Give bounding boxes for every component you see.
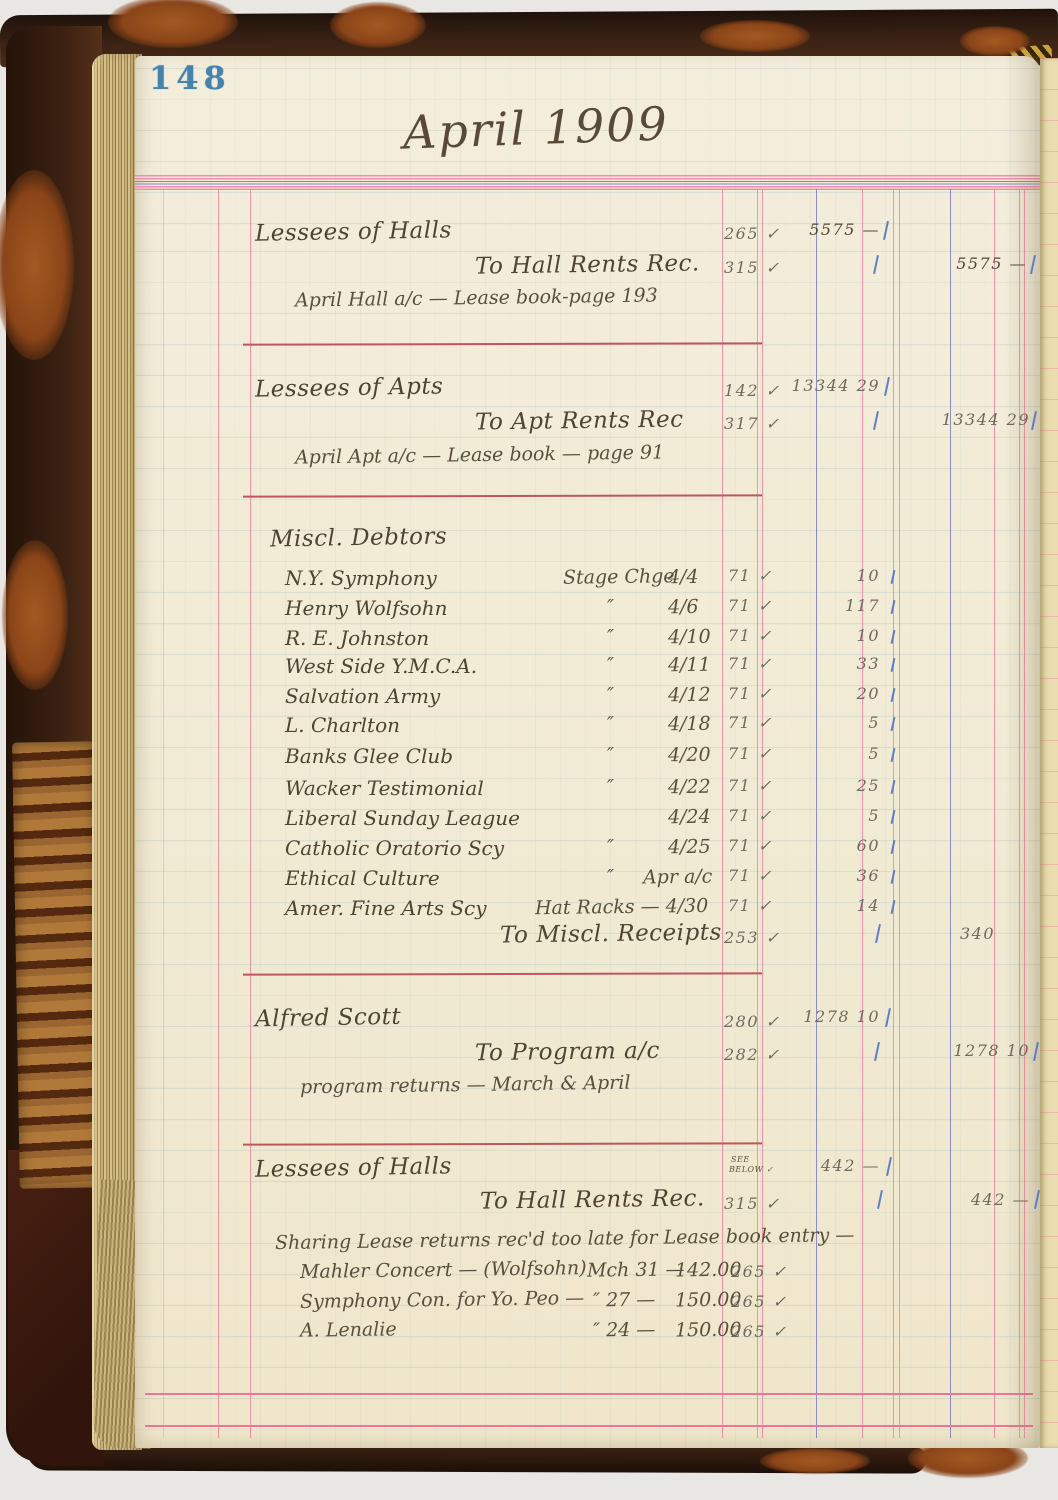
folio-number: 71 ✓ <box>728 898 773 915</box>
entry-debit-account: Lessees of Apts <box>255 374 444 401</box>
leather-fray <box>2 540 68 690</box>
line-detail: ″ <box>607 868 614 888</box>
folio-number: 317 ✓ <box>724 416 781 433</box>
debtor-name: Liberal Sunday League <box>285 808 520 829</box>
debit-amount: 5575 — <box>775 222 880 239</box>
entry-credit-account: To Apt Rents Rec <box>475 408 684 435</box>
line-date: 4/4 <box>668 568 699 588</box>
line-detail: ″ <box>607 656 614 676</box>
entry-credit-account: To Program a/c <box>475 1039 660 1066</box>
bottom-rule <box>145 1425 1033 1427</box>
credit-amount: 442 — <box>930 1192 1030 1209</box>
debtor-name: Ethical Culture <box>285 868 440 889</box>
line-date: 4/18 <box>668 715 711 736</box>
entry-debit-account: Alfred Scott <box>255 1005 401 1032</box>
line-date: 4/11 <box>668 656 711 677</box>
debit-amount: 442 — <box>780 1158 880 1175</box>
folio-number: 71 ✓ <box>728 808 773 825</box>
entry-credit-account: To Hall Rents Rec. <box>480 1186 705 1213</box>
leather-fray <box>700 20 810 52</box>
book-cover-corner <box>8 1150 104 1466</box>
ledger-page: 148 April 1909 Lessees of Halls 265 ✓ 55… <box>135 56 1040 1448</box>
debtor-name: Wacker Testimonial <box>285 778 484 799</box>
subline-name: Symphony Con. for Yo. Peo — <box>300 1289 584 1313</box>
entry-separator <box>243 972 762 975</box>
debtor-name: Banks Glee Club <box>285 746 453 767</box>
line-detail: Stage Chge <box>563 567 675 588</box>
debtor-name: Amer. Fine Arts Scy <box>285 898 487 919</box>
folio-number: 71 ✓ <box>728 746 773 763</box>
ruled-line <box>218 189 219 1438</box>
debtor-name: Henry Wolfsohn <box>285 598 447 619</box>
line-date: 4/20 <box>668 746 711 767</box>
subline-date: ″ 27 — <box>593 1291 656 1312</box>
entry-credit-account: To Hall Rents Rec. <box>475 251 700 278</box>
folio-number: 71 ✓ <box>728 715 773 732</box>
entry-memo: April Hall a/c — Lease book-page 193 <box>295 286 658 311</box>
folio-number: 71 ✓ <box>728 778 773 795</box>
line-amount: 25 <box>795 778 880 795</box>
folio-number: 265 ✓ <box>731 1294 788 1311</box>
debtor-name: L. Charlton <box>285 715 400 736</box>
line-amount: 117 <box>795 598 880 615</box>
line-detail: ″ <box>607 598 614 618</box>
debtor-name: Catholic Oratorio Scy <box>285 838 504 859</box>
posting-tick-icon <box>873 255 879 274</box>
debtor-name: N.Y. Symphony <box>285 568 437 589</box>
posting-tick-icon <box>885 1008 891 1027</box>
page-number-stamp: 148 <box>149 62 231 96</box>
ruled-line <box>163 189 164 1438</box>
posting-tick-icon <box>873 411 879 430</box>
entry-memo: Sharing Lease returns rec'd too late for… <box>275 1226 855 1254</box>
line-date: 4/22 <box>668 778 711 799</box>
posting-tick-icon <box>883 221 889 240</box>
line-date: 4/10 <box>668 628 711 649</box>
credit-amount: 1278 10 <box>925 1043 1030 1060</box>
posting-tick-icon <box>877 1190 883 1209</box>
folio-number: 265 ✓ <box>724 226 781 243</box>
debtor-name: Salvation Army <box>285 686 440 707</box>
entry-separator <box>243 342 762 345</box>
line-date: 4/6 <box>668 598 699 618</box>
line-detail: ″ <box>607 628 614 648</box>
ruled-line <box>722 189 723 1438</box>
subline-name: A. Lenalie <box>300 1320 397 1341</box>
bottom-rule <box>145 1393 1033 1395</box>
line-amount: 10 <box>795 568 880 585</box>
line-amount: 5 <box>795 808 880 825</box>
debit-amount: 1278 10 <box>775 1009 880 1026</box>
leather-fray <box>960 26 1030 56</box>
subline-date: ″ 24 — <box>593 1321 656 1342</box>
line-amount: 10 <box>795 628 880 645</box>
line-date: 4/12 <box>668 686 711 707</box>
see-below-note: SEE <box>731 1156 750 1164</box>
folio-number: 315 ✓ <box>724 1196 781 1213</box>
entry-debit-account: Lessees of Halls <box>255 218 452 246</box>
debtor-name: R. E. Johnston <box>285 628 429 649</box>
credit-amount: 13344 29 <box>920 412 1030 429</box>
debtor-name: West Side Y.M.C.A. <box>285 656 477 677</box>
entry-memo: April Apt a/c — Lease book — page 91 <box>295 443 664 468</box>
line-amount: 36 <box>795 868 880 885</box>
entry-memo: program returns — March & April <box>300 1074 631 1099</box>
ledger-scan: { "page": { "number": "148", "title": "A… <box>0 0 1058 1500</box>
entry-credit-account: To Miscl. Receipts <box>500 920 722 947</box>
folio-number: 253 ✓ <box>724 930 781 947</box>
line-detail: Hat Racks — 4/30 <box>535 897 709 919</box>
line-date: 4/24 <box>668 808 711 829</box>
folio-number: 282 ✓ <box>724 1047 781 1064</box>
line-amount: 5 <box>795 746 880 763</box>
line-amount: 5 <box>795 715 880 732</box>
debit-amount: 13344 29 <box>765 378 880 395</box>
line-amount: 20 <box>795 686 880 703</box>
folio-number: 71 ✓ <box>728 868 773 885</box>
leather-fray <box>760 1448 870 1474</box>
folio-number: 315 ✓ <box>724 260 781 277</box>
line-amount: 14 <box>795 898 880 915</box>
ruled-line <box>250 189 251 1438</box>
line-detail: ″ <box>607 838 614 858</box>
folio-number: 71 ✓ <box>728 598 773 615</box>
line-detail: ″ <box>607 715 614 735</box>
posting-tick-icon <box>886 1157 892 1176</box>
subline-name: Mahler Concert — (Wolfsohn) <box>300 1259 587 1283</box>
folio-number: 280 ✓ <box>724 1014 781 1031</box>
entry-debit-account: Lessees of Halls <box>255 1154 452 1182</box>
folio-number: 71 ✓ <box>728 656 773 673</box>
folio-number: 71 ✓ <box>728 628 773 645</box>
entry-separator <box>243 1142 762 1145</box>
line-detail: ″ <box>607 746 614 766</box>
see-below-note: BELOW ✓ <box>729 1166 774 1174</box>
page-title: April 1909 <box>402 99 669 157</box>
line-detail: ″ <box>607 686 614 706</box>
folio-number: 71 ✓ <box>728 686 773 703</box>
posting-tick-icon <box>875 924 881 943</box>
line-amount: 60 <box>795 838 880 855</box>
ruled-line <box>994 189 995 1438</box>
facing-page-edge <box>1040 58 1058 1448</box>
line-amount: 33 <box>795 656 880 673</box>
credit-amount: 340 <box>925 926 995 943</box>
header-rule-band <box>135 175 1040 190</box>
entry-separator <box>243 494 762 497</box>
posting-tick-icon <box>874 1042 880 1061</box>
folio-number: 265 ✓ <box>731 1324 788 1341</box>
folio-number: 71 ✓ <box>728 568 773 585</box>
line-date: 4/25 <box>668 838 711 859</box>
folio-number: 71 ✓ <box>728 838 773 855</box>
posting-tick-icon <box>884 377 890 396</box>
subline-date: Mch 31 — <box>587 1260 685 1281</box>
leather-fray <box>330 2 426 48</box>
ruled-line <box>950 189 951 1438</box>
credit-amount: 5575 — <box>927 256 1027 273</box>
entry-header: Miscl. Debtors <box>270 524 448 551</box>
book-spine-marbled-leather <box>12 741 102 1188</box>
line-detail: ″ <box>607 778 614 798</box>
ruled-line <box>899 189 900 1438</box>
folio-number: 265 ✓ <box>731 1264 788 1281</box>
line-date: Apr a/c <box>643 868 713 889</box>
